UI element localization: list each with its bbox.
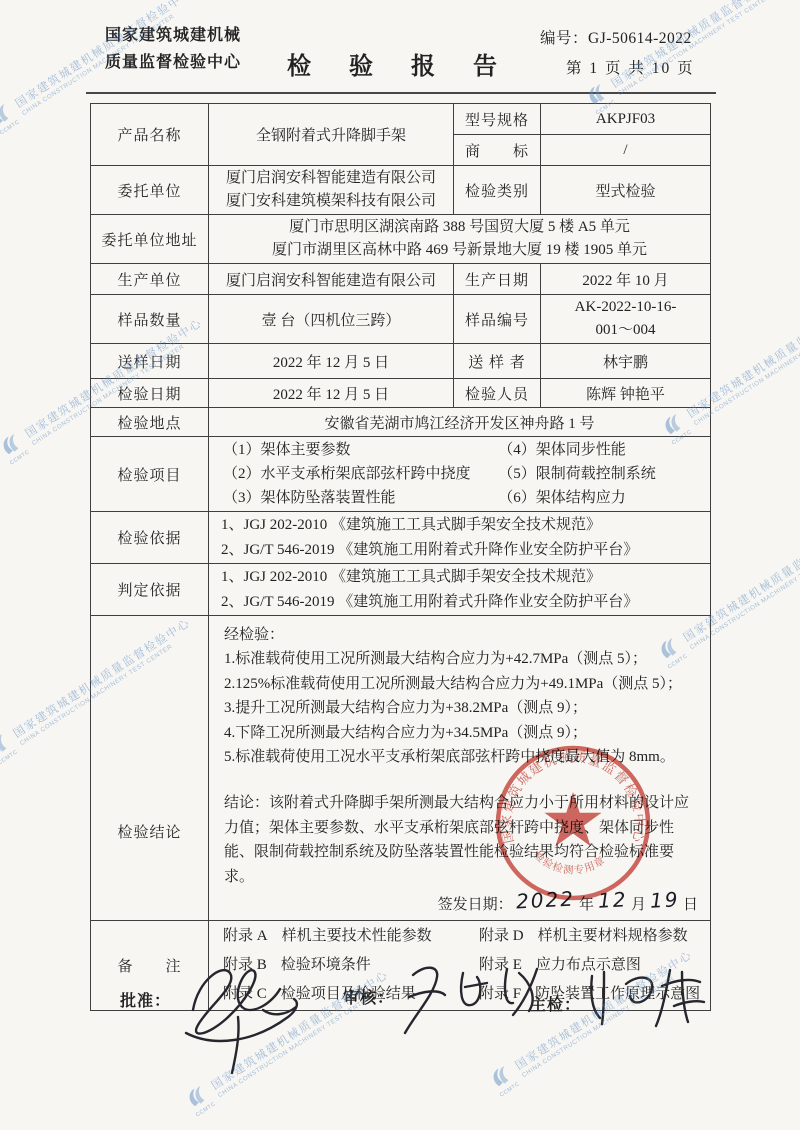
- sample-no-value: AK-2022-10-16- 001～004: [541, 295, 711, 344]
- sign-date-month-unit: 月: [631, 897, 646, 913]
- finding-4: 4.下降工况所测最大结构合应力为+34.5MPa（测点 9）；: [224, 721, 700, 745]
- appendix-c-code: 附录 C: [223, 986, 267, 1002]
- client-line1: 厦门启润安科智能建造有限公司: [213, 167, 449, 190]
- sign-date-year-handwritten: 2022: [516, 887, 576, 914]
- appendix-b-title: 检验环境条件: [281, 957, 371, 973]
- appendix-f: 附录 F防坠装置工作原理示意图: [479, 980, 706, 1009]
- appendix-d-title: 样机主要材料规格参数: [538, 928, 688, 944]
- inspection-date-label: 检验日期: [91, 379, 209, 408]
- item-4: （4）架体同步性能: [498, 438, 706, 462]
- watermark-logo-caption: CCMTC: [9, 449, 31, 466]
- appendix-d-code: 附录 D: [479, 928, 524, 944]
- item-2: （2）水平支承桁架底部弦杆跨中挠度: [223, 462, 498, 486]
- production-date-label: 生产日期: [454, 264, 541, 295]
- appendix-e-code: 附录 E: [479, 957, 522, 973]
- item-3: （3）架体防坠落装置性能: [223, 486, 498, 510]
- client-address-line1: 厦门市思明区湖滨南路 388 号国贸大厦 5 楼 A5 单元: [213, 216, 706, 239]
- report-number: 编号：GJ-50614-2022: [540, 26, 692, 48]
- appendix-row-2: 附录 B检验环境条件 附录 E应力布点示意图: [213, 951, 706, 980]
- watermark-logo-icon: CCMTC: [0, 426, 33, 467]
- inspection-place-label: 检验地点: [91, 408, 209, 437]
- sample-no-line2: 001～004: [545, 319, 706, 342]
- inspection-basis-line2: 2、JG/T 546-2019 《建筑施工用附着式升降作业安全防护平台》: [221, 538, 706, 563]
- sign-date-label: 签发日期：: [438, 897, 513, 913]
- inspection-items-value: （1）架体主要参数 （2）水平支承桁架底部弦杆跨中挠度 （3）架体防坠落装置性能…: [209, 437, 711, 512]
- deliverer-value: 林宇鹏: [541, 344, 711, 379]
- watermark-logo-caption: CCMTC: [0, 119, 21, 136]
- sign-date-line: 签发日期： 2022 年 12 月 19 日: [224, 890, 700, 917]
- model-value: AKPJF03: [541, 104, 711, 135]
- model-label: 型号规格: [454, 104, 541, 135]
- judgment-basis-line1: 1、JGJ 202-2010 《建筑施工工具式脚手架安全技术规范》: [221, 565, 706, 590]
- appendix-a: 附录 A样机主要技术性能参数: [223, 922, 479, 951]
- sign-date-month-handwritten: 12: [597, 887, 628, 913]
- trademark-value: /: [541, 135, 711, 166]
- sample-quantity-value: 壹 台（四机位三跨）: [209, 295, 454, 344]
- report-table: 产品名称 全钢附着式升降脚手架 型号规格 AKPJF03 商 标 / 委托单位 …: [90, 103, 711, 1011]
- trademark-label: 商 标: [454, 135, 541, 166]
- manufacturer-label: 生产单位: [91, 264, 209, 295]
- appendix-a-title: 样机主要技术性能参数: [282, 928, 432, 944]
- inspection-basis-line1: 1、JGJ 202-2010 《建筑施工工具式脚手架安全技术规范》: [221, 513, 706, 538]
- appendix-f-code: 附录 F: [479, 986, 521, 1002]
- conclusion-label: 检验结论: [91, 616, 209, 921]
- watermark-logo-caption: CCMTC: [499, 1081, 521, 1098]
- appendix-a-code: 附录 A: [223, 928, 268, 944]
- inspection-date-value: 2022 年 12 月 5 日: [209, 379, 454, 408]
- watermark-logo-caption: CCMTC: [195, 1101, 217, 1118]
- approve-label: 批准：: [120, 988, 171, 1011]
- inspection-items-right: （4）架体同步性能 （5）限制荷载控制系统 （6）架体结构应力: [498, 438, 706, 510]
- org-name-line1: 国家建筑城建机械: [105, 22, 241, 49]
- client-address-label: 委托单位地址: [91, 215, 209, 264]
- inspectors-value: 陈辉 钟艳平: [541, 379, 711, 408]
- watermark-logo-icon: CCMTC: [0, 96, 23, 137]
- conclusion-spacer: [224, 769, 700, 791]
- delivery-date-value: 2022 年 12 月 5 日: [209, 344, 454, 379]
- finding-3: 3.提升工况所测最大结构合应力为+38.2MPa（测点 9）；: [224, 696, 700, 720]
- item-6: （6）架体结构应力: [498, 486, 706, 510]
- inspectors-label: 检验人员: [454, 379, 541, 408]
- sign-date-year-unit: 年: [579, 897, 594, 913]
- appendix-b: 附录 B检验环境条件: [223, 951, 479, 980]
- sample-quantity-label: 样品数量: [91, 295, 209, 344]
- page-indicator: 第 1 页 共 10 页: [566, 56, 695, 78]
- product-name-label: 产品名称: [91, 104, 209, 166]
- watermark-logo-icon: CCMTC: [483, 1058, 522, 1099]
- appendix-b-code: 附录 B: [223, 957, 267, 973]
- judgment-basis-label: 判定依据: [91, 564, 209, 616]
- item-5: （5）限制荷载控制系统: [498, 462, 706, 486]
- client-address-line2: 厦门市湖里区高林中路 469 号新景地大厦 19 楼 1905 单元: [213, 239, 706, 262]
- finding-5: 5.标准载荷使用工况水平支承桁架底部弦杆跨中挠度最大值为 8mm。: [224, 745, 700, 769]
- production-date-value: 2022 年 10 月: [541, 264, 711, 295]
- delivery-date-label: 送样日期: [91, 344, 209, 379]
- header-divider: [86, 92, 716, 94]
- inspection-items-left: （1）架体主要参数 （2）水平支承桁架底部弦杆跨中挠度 （3）架体防坠落装置性能: [223, 438, 498, 510]
- client-address-value: 厦门市思明区湖滨南路 388 号国贸大厦 5 楼 A5 单元 厦门市湖里区高林中…: [209, 215, 711, 264]
- watermark-logo-icon: CCMTC: [0, 726, 21, 767]
- inspection-basis-value: 1、JGJ 202-2010 《建筑施工工具式脚手架安全技术规范》 2、JG/T…: [209, 512, 711, 564]
- inspection-place-value: 安徽省芜湖市鸠江经济开发区神舟路 1 号: [209, 408, 711, 437]
- sample-no-label: 样品编号: [454, 295, 541, 344]
- inspection-items-label: 检验项目: [91, 437, 209, 512]
- item-1: （1）架体主要参数: [223, 438, 498, 462]
- watermark-logo-caption: CCMTC: [0, 749, 19, 766]
- appendix-e-title: 应力布点示意图: [536, 957, 641, 973]
- appendix-row-3: 附录 C检验项目及检验结果 附录 F防坠装置工作原理示意图: [213, 980, 706, 1009]
- review-label: 审核：: [343, 985, 394, 1008]
- product-name-value: 全钢附着式升降脚手架: [209, 104, 454, 166]
- remarks-value: 附录 A样机主要技术性能参数 附录 D样机主要材料规格参数 附录 B检验环境条件…: [209, 921, 711, 1011]
- sample-no-line1: AK-2022-10-16-: [545, 296, 706, 319]
- sign-date-day-unit: 日: [683, 897, 698, 913]
- inspection-type-value: 型式检验: [541, 166, 711, 215]
- finding-2: 2.125%标准载荷使用工况所测最大结构合应力为+49.1MPa（测点 5）；: [224, 672, 700, 696]
- finding-1: 1.标准载荷使用工况所测最大结构合应力为+42.7MPa（测点 5）；: [224, 647, 700, 671]
- inspection-basis-label: 检验依据: [91, 512, 209, 564]
- conclusion-summary: 结论：该附着式升降脚手架所测最大结构合应力小于所用材料的设计应力值；架体主要参数…: [224, 791, 700, 889]
- conclusion-value: 经检验： 1.标准载荷使用工况所测最大结构合应力为+42.7MPa（测点 5）；…: [209, 616, 711, 921]
- deliverer-label: 送 样 者: [454, 344, 541, 379]
- judgment-basis-line2: 2、JG/T 546-2019 《建筑施工用附着式升降作业安全防护平台》: [221, 590, 706, 615]
- appendix-row-1: 附录 A样机主要技术性能参数 附录 D样机主要材料规格参数: [213, 922, 706, 951]
- judgment-basis-value: 1、JGJ 202-2010 《建筑施工工具式脚手架安全技术规范》 2、JG/T…: [209, 564, 711, 616]
- manufacturer-value: 厦门启润安科智能建造有限公司: [209, 264, 454, 295]
- client-label: 委托单位: [91, 166, 209, 215]
- appendix-e: 附录 E应力布点示意图: [479, 951, 706, 980]
- appendix-d: 附录 D样机主要材料规格参数: [479, 922, 706, 951]
- report-page: 国家建筑城建机械 质量监督检验中心 检 验 报 告 编号：GJ-50614-20…: [0, 0, 800, 1130]
- inspection-items-columns: （1）架体主要参数 （2）水平支承桁架底部弦杆跨中挠度 （3）架体防坠落装置性能…: [213, 438, 706, 510]
- chief-inspector-label: 主检：: [530, 992, 581, 1015]
- watermark-logo-icon: CCMTC: [179, 1078, 218, 1119]
- client-line2: 厦门安科建筑模架科技有限公司: [213, 190, 449, 213]
- sign-date-day-handwritten: 19: [649, 887, 680, 913]
- inspection-type-label: 检验类别: [454, 166, 541, 215]
- client-value: 厦门启润安科智能建造有限公司 厦门安科建筑模架科技有限公司: [209, 166, 454, 215]
- conclusion-intro: 经检验：: [224, 623, 700, 647]
